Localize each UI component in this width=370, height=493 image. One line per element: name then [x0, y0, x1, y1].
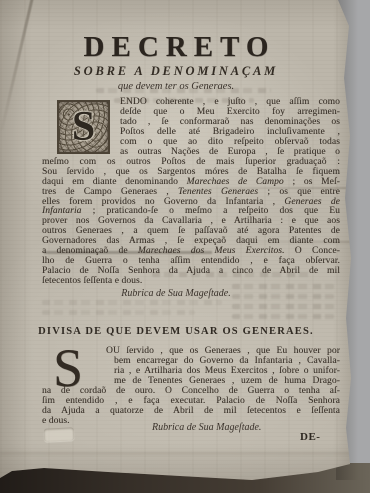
subtitle-note: que devem ter os Generaes.	[0, 81, 352, 92]
section-subtitle: SOBRE A DENOMINAÇAM	[0, 64, 352, 79]
photo-background: DECRETO SOBRE A DENOMINAÇAM que devem te…	[0, 0, 370, 493]
text-line: na de cordaõ de ouro. O Concelho de Guer…	[42, 386, 340, 396]
page-content: DECRETO SOBRE A DENOMINAÇAM que devem te…	[0, 0, 358, 493]
text-line: OU ſervido , que os Generaes , que Eu ho…	[42, 346, 340, 356]
decree-paragraph: ENDO coherente , e juſto , que aſſim com…	[42, 98, 340, 287]
royal-signature: Rubrica de Sua Mageſtade.	[0, 288, 352, 299]
text-line: ria , e Artilharia dos Meus Exercitos , …	[42, 366, 340, 376]
document-page: DECRETO SOBRE A DENOMINAÇAM que devem te…	[0, 0, 358, 493]
section-heading: DIVISA DE QUE DEVEM USAR OS GENERAES.	[0, 326, 352, 337]
text-line: bem encarregar do Governo da Infantaria …	[42, 356, 340, 366]
page-title: DECRETO	[0, 31, 352, 64]
decree-paragraph: OU ſervido , que os Generaes , que Eu ho…	[42, 346, 340, 426]
text-line: ſim entendido , e faça executar. Palacio…	[42, 396, 340, 406]
text-line: ſetecentos ſeſſenta e dous.	[42, 277, 340, 287]
text-line: me de Tenentes Generaes , uzem de huma D…	[42, 376, 340, 386]
text-line: da Ajuda a quatorze de Abril de mil ſete…	[42, 406, 340, 416]
royal-signature: Rubrica de Sua Mageſtade.	[152, 422, 261, 433]
catchword: DE-	[300, 431, 320, 443]
